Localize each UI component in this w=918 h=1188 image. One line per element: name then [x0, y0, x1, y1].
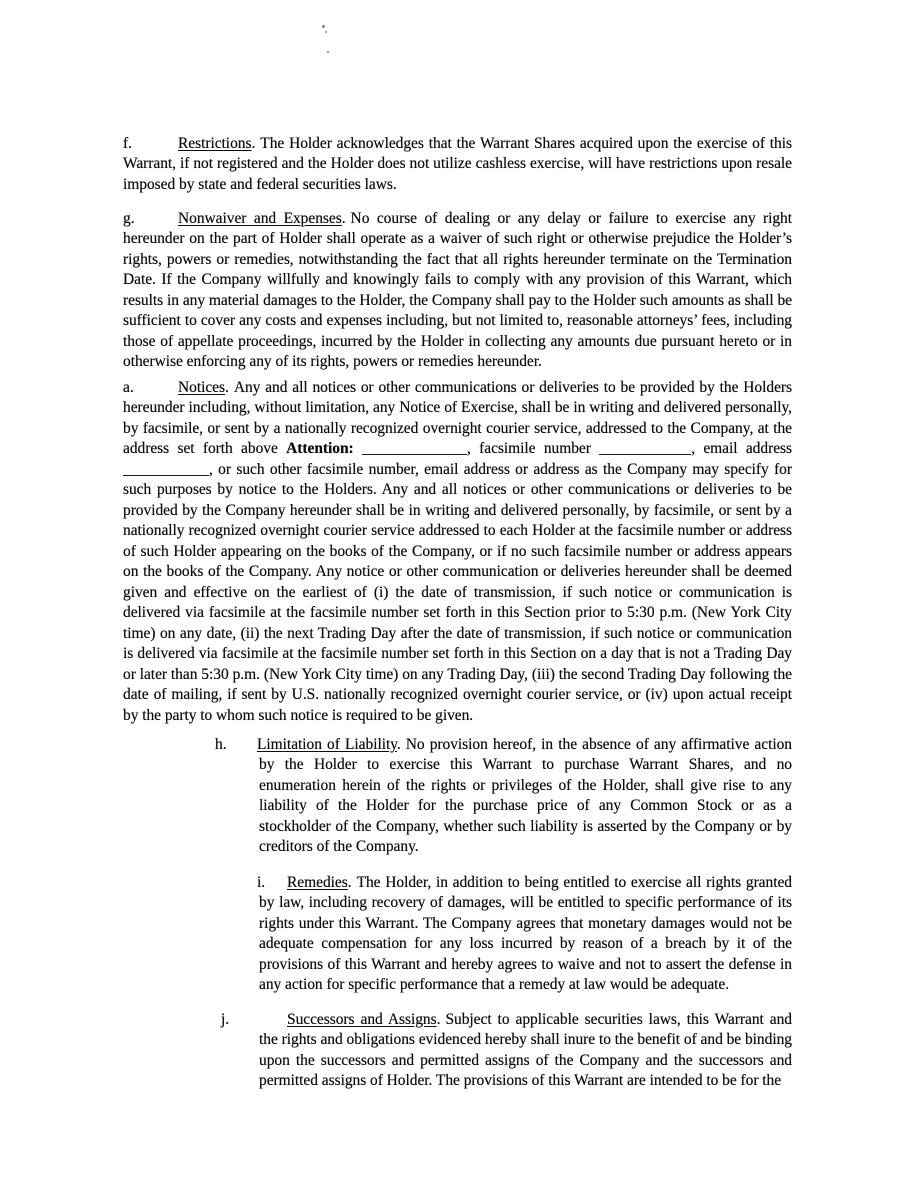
paragraph-heading: Limitation of Liability	[257, 736, 397, 753]
paragraph-body: The Holder, in addition to being entitle…	[259, 874, 792, 994]
heading-period: .	[342, 210, 346, 227]
paragraph-heading: Notices	[178, 379, 225, 396]
paragraph-g-nonwaiver-and-expenses: g.Nonwaiver and Expenses.No course of de…	[123, 209, 792, 373]
scan-speck	[325, 31, 327, 33]
fill-in-blank-email-address	[123, 463, 209, 476]
paragraph-marker: g.	[123, 209, 178, 230]
paragraph-body: No course of dealing or any delay or fai…	[123, 210, 792, 371]
paragraph-body-after-fax: , email address	[691, 440, 792, 457]
paragraph-heading: Restrictions	[178, 135, 251, 152]
paragraph-marker: h.	[237, 735, 257, 756]
scanned-document-page: f.Restrictions.The Holder acknowledges t…	[0, 0, 918, 1188]
paragraph-marker: j.	[240, 1010, 287, 1031]
paragraph-body-after-attention: , facsimile number	[467, 440, 591, 457]
heading-period: .	[251, 135, 255, 152]
heading-period: .	[397, 736, 401, 753]
paragraph-marker: i.	[258, 873, 287, 894]
heading-period: .	[225, 379, 229, 396]
scan-speck	[327, 51, 329, 53]
paragraph-f-restrictions: f.Restrictions.The Holder acknowledges t…	[123, 134, 792, 196]
paragraph-body-closing: , or such other facsimile number, email …	[123, 461, 792, 724]
paragraph-marker: f.	[123, 134, 178, 155]
paragraph-heading: Nonwaiver and Expenses	[178, 210, 342, 227]
heading-period: .	[348, 874, 352, 891]
fill-in-blank-attention	[362, 442, 467, 455]
paragraph-marker: a.	[123, 378, 178, 399]
fill-in-blank-facsimile-number	[599, 442, 691, 455]
paragraph-j-successors-and-assigns: j.Successors and Assigns.Subject to appl…	[259, 1010, 792, 1092]
paragraph-a-notices: a.Notices.Any and all notices or other c…	[123, 378, 792, 727]
attention-label: Attention:	[286, 440, 354, 457]
paragraph-h-limitation-of-liability: h.Limitation of Liability.No provision h…	[259, 735, 792, 858]
paragraph-heading: Successors and Assigns	[287, 1011, 437, 1028]
heading-period: .	[437, 1011, 441, 1028]
paragraph-body: No provision hereof, in the absence of a…	[259, 736, 792, 856]
paragraph-i-remedies: i.Remedies.The Holder, in addition to be…	[259, 873, 792, 996]
scan-speck	[322, 25, 325, 28]
paragraph-heading: Remedies	[287, 874, 348, 891]
